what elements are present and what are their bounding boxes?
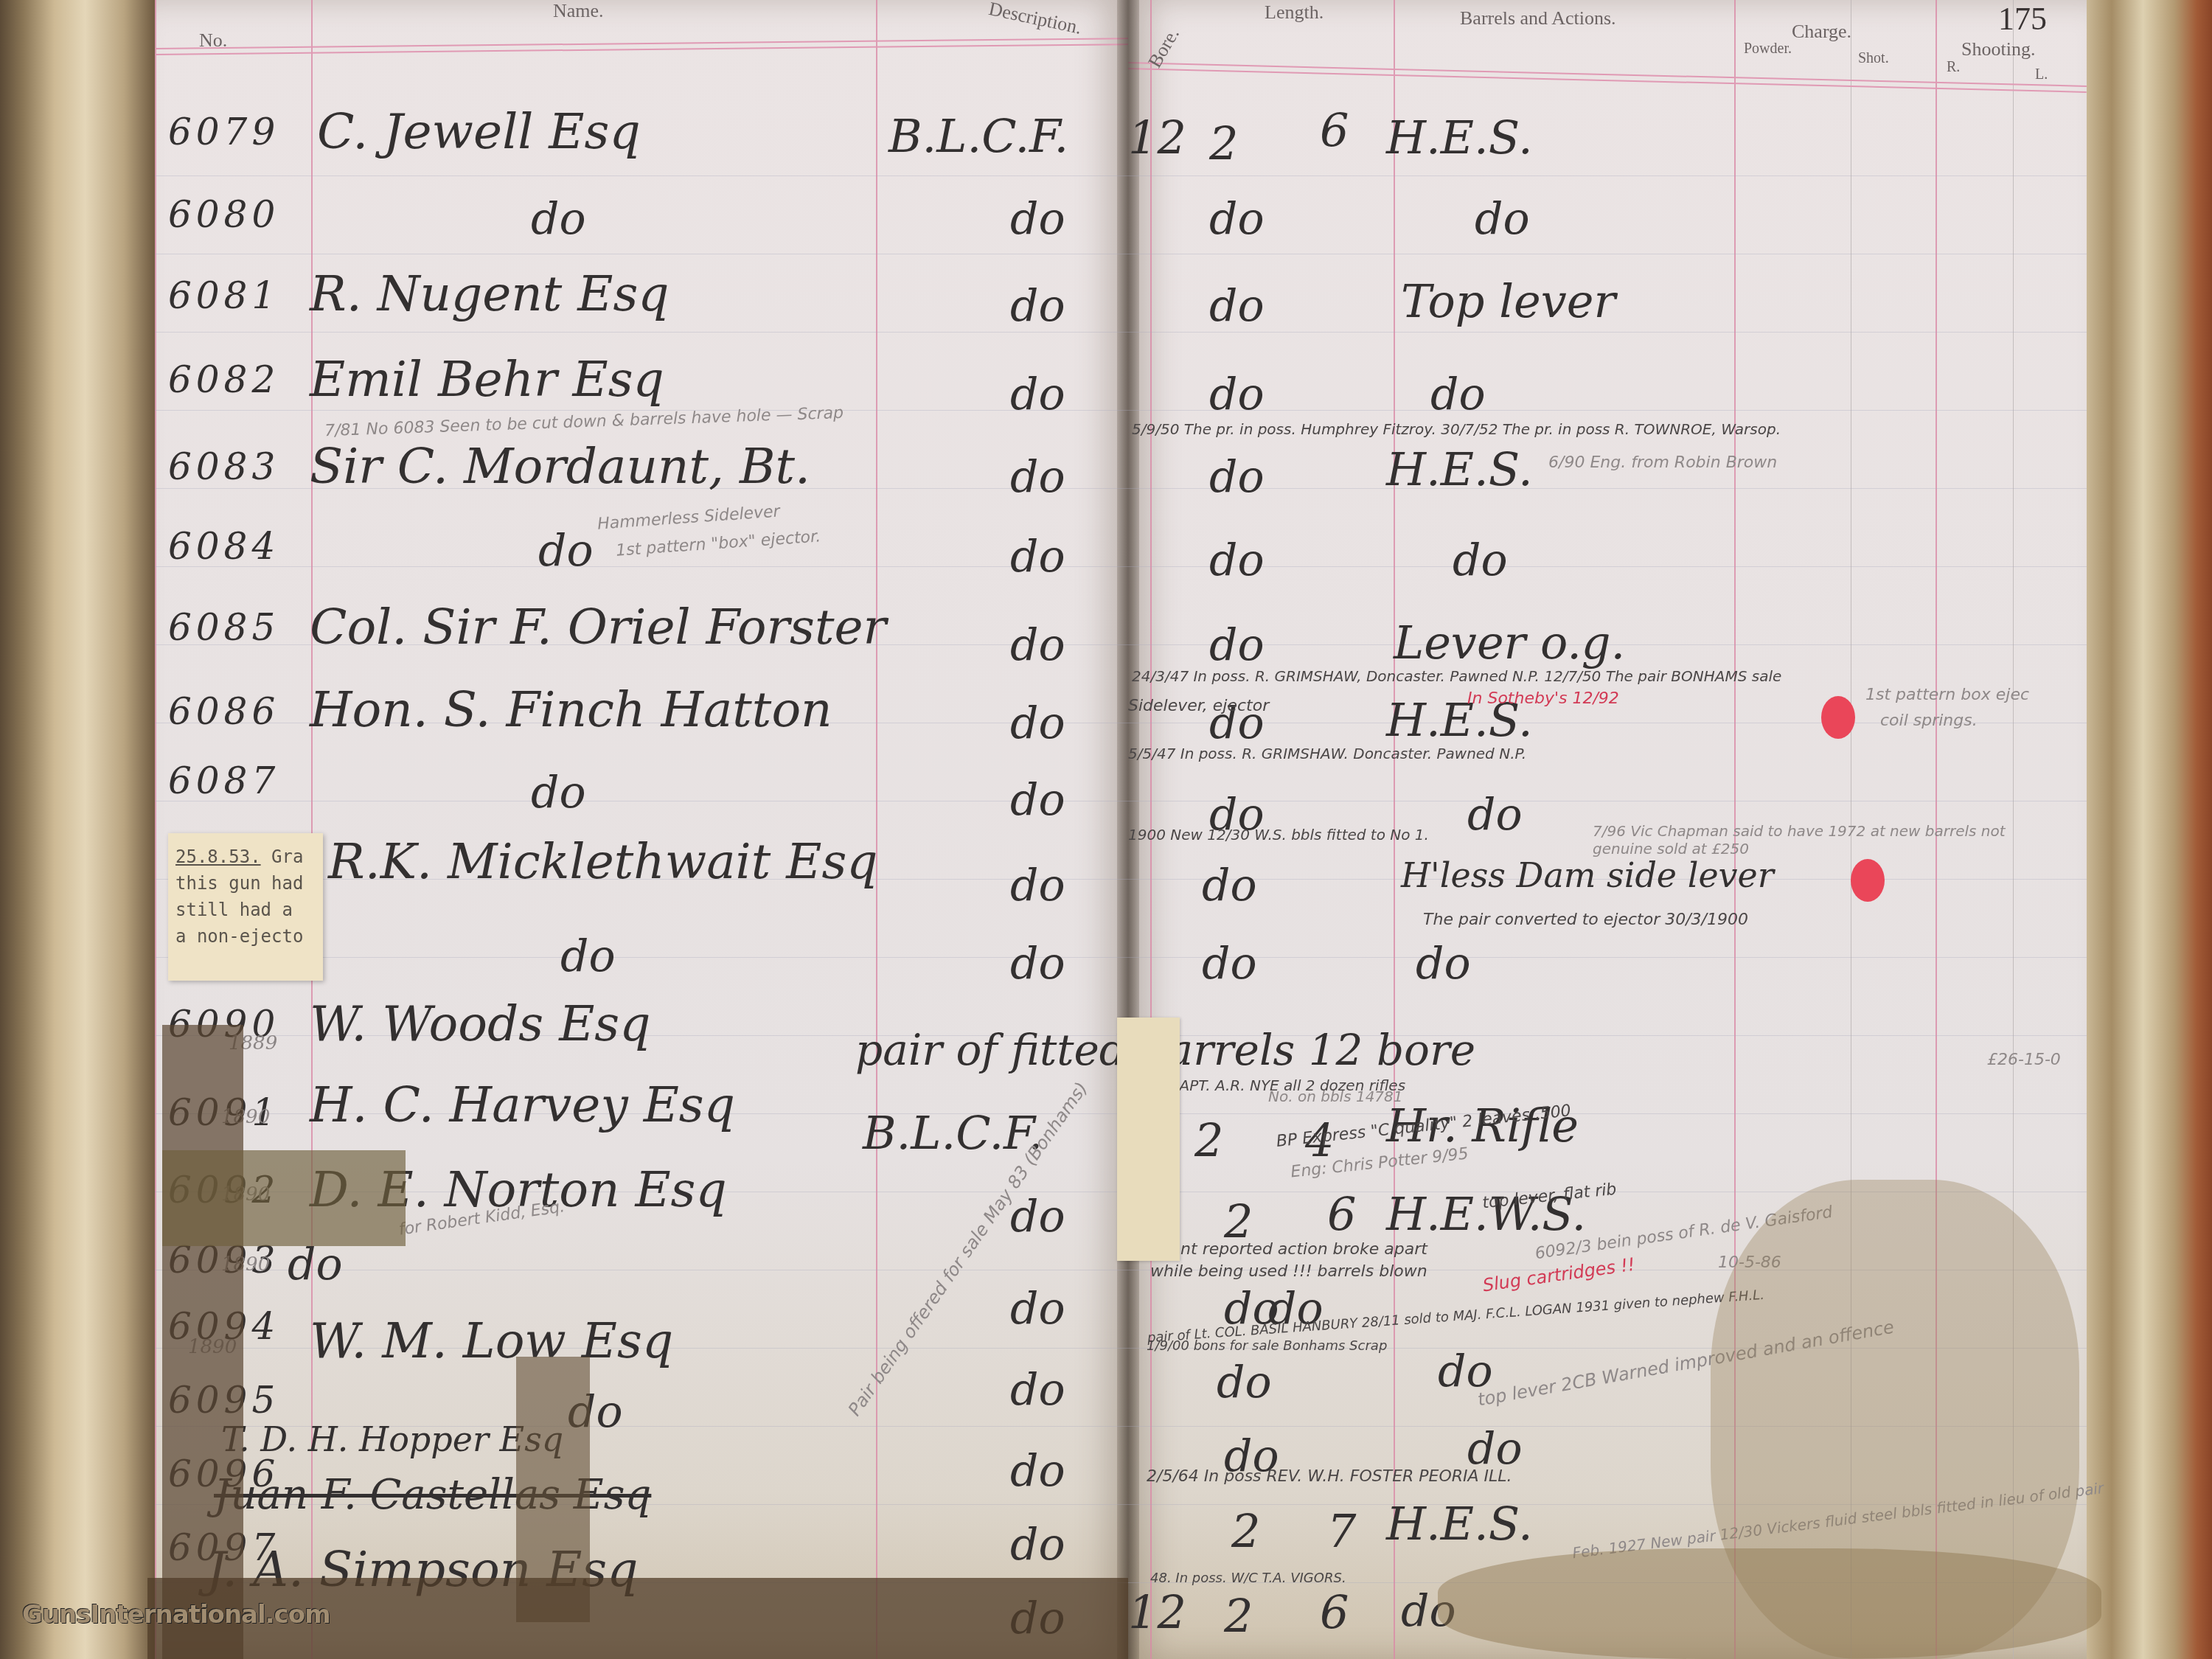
header-shot: Shot. (1858, 50, 1889, 67)
annotation: 5/5/47 In poss. R. GRIMSHAW. Doncaster. … (1128, 745, 1526, 762)
ditto-mark: do (538, 525, 594, 577)
margin-rule (155, 0, 156, 1659)
book-edge-left (0, 0, 155, 1659)
watermark: GunsInternational.com (22, 1600, 330, 1630)
water-stain (1438, 1548, 2101, 1659)
ditto-mark: do (1010, 451, 1065, 503)
length-cell: 2 (1231, 1504, 1260, 1558)
annotation: The pair converted to ejector 30/3/1900 (1423, 911, 1748, 929)
slip-date: 25.8.53. (175, 846, 261, 867)
ditto-mark: do (1430, 369, 1486, 420)
ditto-mark: do (1010, 280, 1065, 332)
owner-name: R. Nugent Esq (310, 265, 669, 322)
ditto-mark: do (1209, 619, 1265, 671)
ditto-mark: do (1209, 193, 1265, 245)
barrels-cell: H'less Dam side lever (1401, 855, 1774, 895)
header-shooting-l: L. (2035, 66, 2048, 83)
red-dot-marker (1821, 696, 1855, 739)
slip-line: a non-ejecto (175, 923, 316, 950)
row-number: 6087 (168, 759, 279, 802)
owner-name: W. Woods Esq (310, 995, 650, 1052)
annotation: 6/90 Eng. from Robin Brown (1548, 453, 1777, 472)
ledger-page-left: No. Name. Description. (155, 0, 1128, 1659)
row-number: 6079 (168, 111, 279, 153)
ditto-mark: do (1010, 698, 1065, 749)
slip-line: this gun had (175, 870, 316, 897)
annotation: Client reported action broke apart while… (1150, 1239, 1460, 1283)
annotation: 1/9/00 bons for sale Bonhams Scrap (1147, 1338, 1387, 1354)
ditto-mark: do (531, 767, 586, 818)
length-cell: 2 (1209, 116, 1238, 170)
header-shooting: Shooting. (1961, 38, 2035, 60)
description-cell: B.L.C.F. (888, 109, 1068, 163)
ditto-mark: do (1453, 535, 1508, 586)
owner-name: Col. Sir F. Oriel Forster (310, 599, 886, 655)
ditto-mark: do (1010, 369, 1065, 420)
description-cell: B.L.C.F. (863, 1106, 1043, 1160)
barrels-cell: Lever o.g. (1394, 616, 1625, 669)
length-inches-cell: 6 (1327, 1187, 1356, 1241)
annotation: 48. In poss. W/C T.A. VIGORS. (1150, 1571, 1346, 1586)
ditto-mark: do (1209, 535, 1265, 586)
ditto-mark: do (1475, 193, 1530, 245)
ditto-mark: do (1010, 1283, 1065, 1335)
ditto-mark: do (1010, 1445, 1065, 1497)
ditto-mark: do (288, 1239, 343, 1290)
owner-name: H. C. Harvey Esq (310, 1077, 735, 1133)
ditto-mark: do (1010, 1191, 1065, 1242)
header-no: No. (199, 29, 227, 52)
book-edge-right (2087, 0, 2212, 1659)
annotation: 2/5/64 In poss REV. W.H. FOSTER PEORIA I… (1147, 1467, 1512, 1486)
ditto-mark: do (1202, 860, 1257, 911)
ditto-mark: do (1209, 451, 1265, 503)
annotation: 1900 New 12/30 W.S. bbls fitted to No 1. (1128, 826, 1429, 844)
ditto-mark: do (1202, 938, 1257, 990)
header-rule (155, 38, 1128, 55)
annotation: 7/96 Vic Chapman said to have 1972 at ne… (1593, 822, 2006, 858)
header-powder: Powder. (1744, 41, 1792, 58)
header-barrels-actions: Barrels and Actions. (1460, 7, 1616, 29)
typed-note-slip: 25.8.53. Gra this gun had still had a a … (168, 833, 323, 981)
annotation: 5/9/50 The pr. in poss. Humphrey Fitzroy… (1132, 420, 1781, 438)
owner-name: C. Jewell Esq (317, 103, 641, 160)
owner-name: Emil Behr Esq (310, 351, 664, 408)
row-number: 6084 (168, 525, 279, 568)
row-number: 6086 (168, 690, 279, 733)
barrels-cell: Top lever (1401, 274, 1615, 328)
tape-stain (162, 1150, 406, 1246)
ditto-mark: do (1209, 280, 1265, 332)
ditto-mark: do (1010, 1364, 1065, 1416)
length-inches-cell: 7 (1327, 1504, 1356, 1558)
header-name: Name. (553, 0, 604, 22)
row-number: 6083 (168, 445, 279, 488)
slip-line: still had a (175, 897, 316, 923)
ditto-mark: do (1010, 860, 1065, 911)
length-cell: 2 (1224, 1589, 1253, 1643)
annotation: coil springs. (1880, 712, 1978, 730)
owner-name: Sir C. Mordaunt, Bt. (310, 438, 810, 495)
ditto-mark: do (1010, 1519, 1065, 1571)
ditto-mark: do (1209, 369, 1265, 420)
owner-name: Hon. S. Finch Hatton (310, 681, 832, 738)
header-rule-right (1128, 62, 2087, 93)
barrels-cell: H.E.S. (1386, 442, 1533, 496)
ditto-mark: do (1010, 531, 1065, 582)
owner-name-replacement: T. D. H. Hopper Esq (221, 1419, 563, 1459)
length-inches-cell: 6 (1320, 103, 1349, 157)
length-inches-cell: 6 (1320, 1585, 1349, 1639)
length-cell: 2 (1194, 1113, 1223, 1167)
owner-name: W. M. Low Esq (310, 1312, 673, 1369)
description-column-rule (876, 0, 877, 1659)
header-charge: Charge. (1792, 21, 1851, 43)
name-column-rule (311, 0, 313, 1659)
paper-tape (1117, 1018, 1180, 1261)
ditto-mark: do (1416, 938, 1471, 990)
row-number: 6080 (168, 193, 279, 236)
owner-name: R.K. Mickle­thwait Esq (328, 833, 878, 890)
annotation: 1st pattern box ejec (1865, 686, 2029, 704)
ditto-mark: do (1010, 193, 1065, 245)
barrels-cell: H.E.S. (1386, 1497, 1533, 1551)
row-number: 6082 (168, 358, 279, 401)
price-annotation: £26-15-0 (1987, 1051, 2061, 1069)
bore-cell: 12 (1128, 111, 1186, 164)
header-shooting-r: R. (1947, 59, 1960, 76)
ditto-mark: do (1217, 1357, 1272, 1408)
row-number: 6085 (168, 606, 279, 649)
barrels-cell: H.E.S. (1386, 111, 1533, 164)
ditto-mark: do (1010, 774, 1065, 826)
header-length: Length. (1265, 1, 1324, 24)
header-description: Description. (987, 0, 1083, 39)
annotation: 24/3/47 In poss. R. GRIMSHAW, Doncaster.… (1132, 667, 1781, 685)
row-number: 6081 (168, 274, 279, 317)
page-number: 175 (1998, 0, 2047, 38)
ditto-mark: do (531, 193, 586, 245)
ditto-mark: do (560, 931, 616, 982)
ditto-mark: do (1467, 789, 1523, 841)
annotation: No. on bbls 14781 (1268, 1088, 1403, 1105)
ditto-mark: do (1010, 619, 1065, 671)
tape-stain (162, 1025, 243, 1659)
bore-cell: 12 (1128, 1585, 1186, 1639)
sale-annotation: In Sotheby's 12/92 (1467, 689, 1619, 708)
annotation: Sidelever, ejector (1128, 697, 1269, 715)
ditto-mark: do (1010, 938, 1065, 990)
red-dot-marker (1851, 859, 1885, 902)
